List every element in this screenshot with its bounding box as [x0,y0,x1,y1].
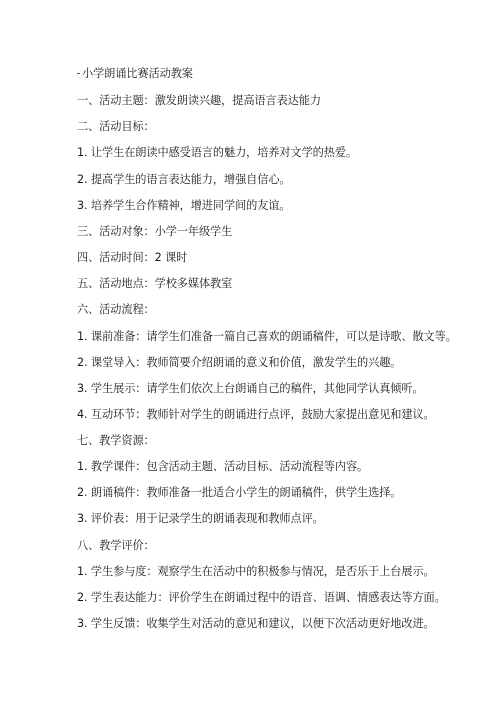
list-item: 4. 互动环节：教师针对学生的朗诵进行点评，鼓励大家提出意见和建议。 [77,408,435,422]
list-item: 1. 让学生在朗读中感受语言的魅力，培养对文学的热爱。 [77,146,357,160]
list-item: 2. 课堂导入：教师简要介绍朗诵的意义和价值，激发学生的兴趣。 [77,356,401,370]
list-item: 1. 学生参与度：观察学生在活动中的积极参与情况，是否乐于上台展示。 [77,565,435,579]
list-item: 3. 学生展示：请学生们依次上台朗诵自己的稿件，其他同学认真倾听。 [77,382,424,396]
section-heading-5: 五、活动地点：学校多媒体教室 [77,277,232,291]
section-heading-4: 四、活动时间：2 课时 [77,251,187,265]
list-item: 2. 学生表达能力：评价学生在朗诵过程中的语音、语调、情感表达等方面。 [77,591,446,605]
document-page: 小学朗诵比赛活动教案 一、活动主题：激发朗读兴趣，提高语言表达能力 二、活动目标… [0,0,500,707]
document-title: 小学朗诵比赛活动教案 [82,67,193,81]
list-item: 1. 教学课件：包含活动主题、活动目标、活动流程等内容。 [77,460,368,474]
section-heading-1: 一、活动主题：激发朗读兴趣，提高语言表达能力 [77,94,321,108]
list-item: 3. 学生反馈：收集学生对活动的意见和建议，以便下次活动更好地改进。 [77,617,435,631]
list-item: 2. 提高学生的语言表达能力，增强自信心。 [77,173,291,187]
section-heading-7: 七、教学资源： [77,434,155,448]
list-item: 3. 评价表：用于记录学生的朗诵表现和教师点评。 [77,512,324,526]
section-heading-6: 六、活动流程： [77,303,155,317]
section-heading-8: 八、教学评价： [77,539,155,553]
list-item: 3. 培养学生合作精神，增进同学间的友谊。 [77,199,291,213]
section-heading-3: 三、活动对象：小学一年级学生 [77,225,232,239]
list-item: 2. 朗诵稿件：教师准备一批适合小学生的朗诵稿件，供学生选择。 [77,486,401,500]
list-item: 1. 课前准备：请学生们准备一篇自己喜欢的朗诵稿件，可以是诗歌、散文等。 [77,330,457,344]
section-heading-2: 二、活动目标： [77,120,155,134]
title-marker [77,73,80,74]
